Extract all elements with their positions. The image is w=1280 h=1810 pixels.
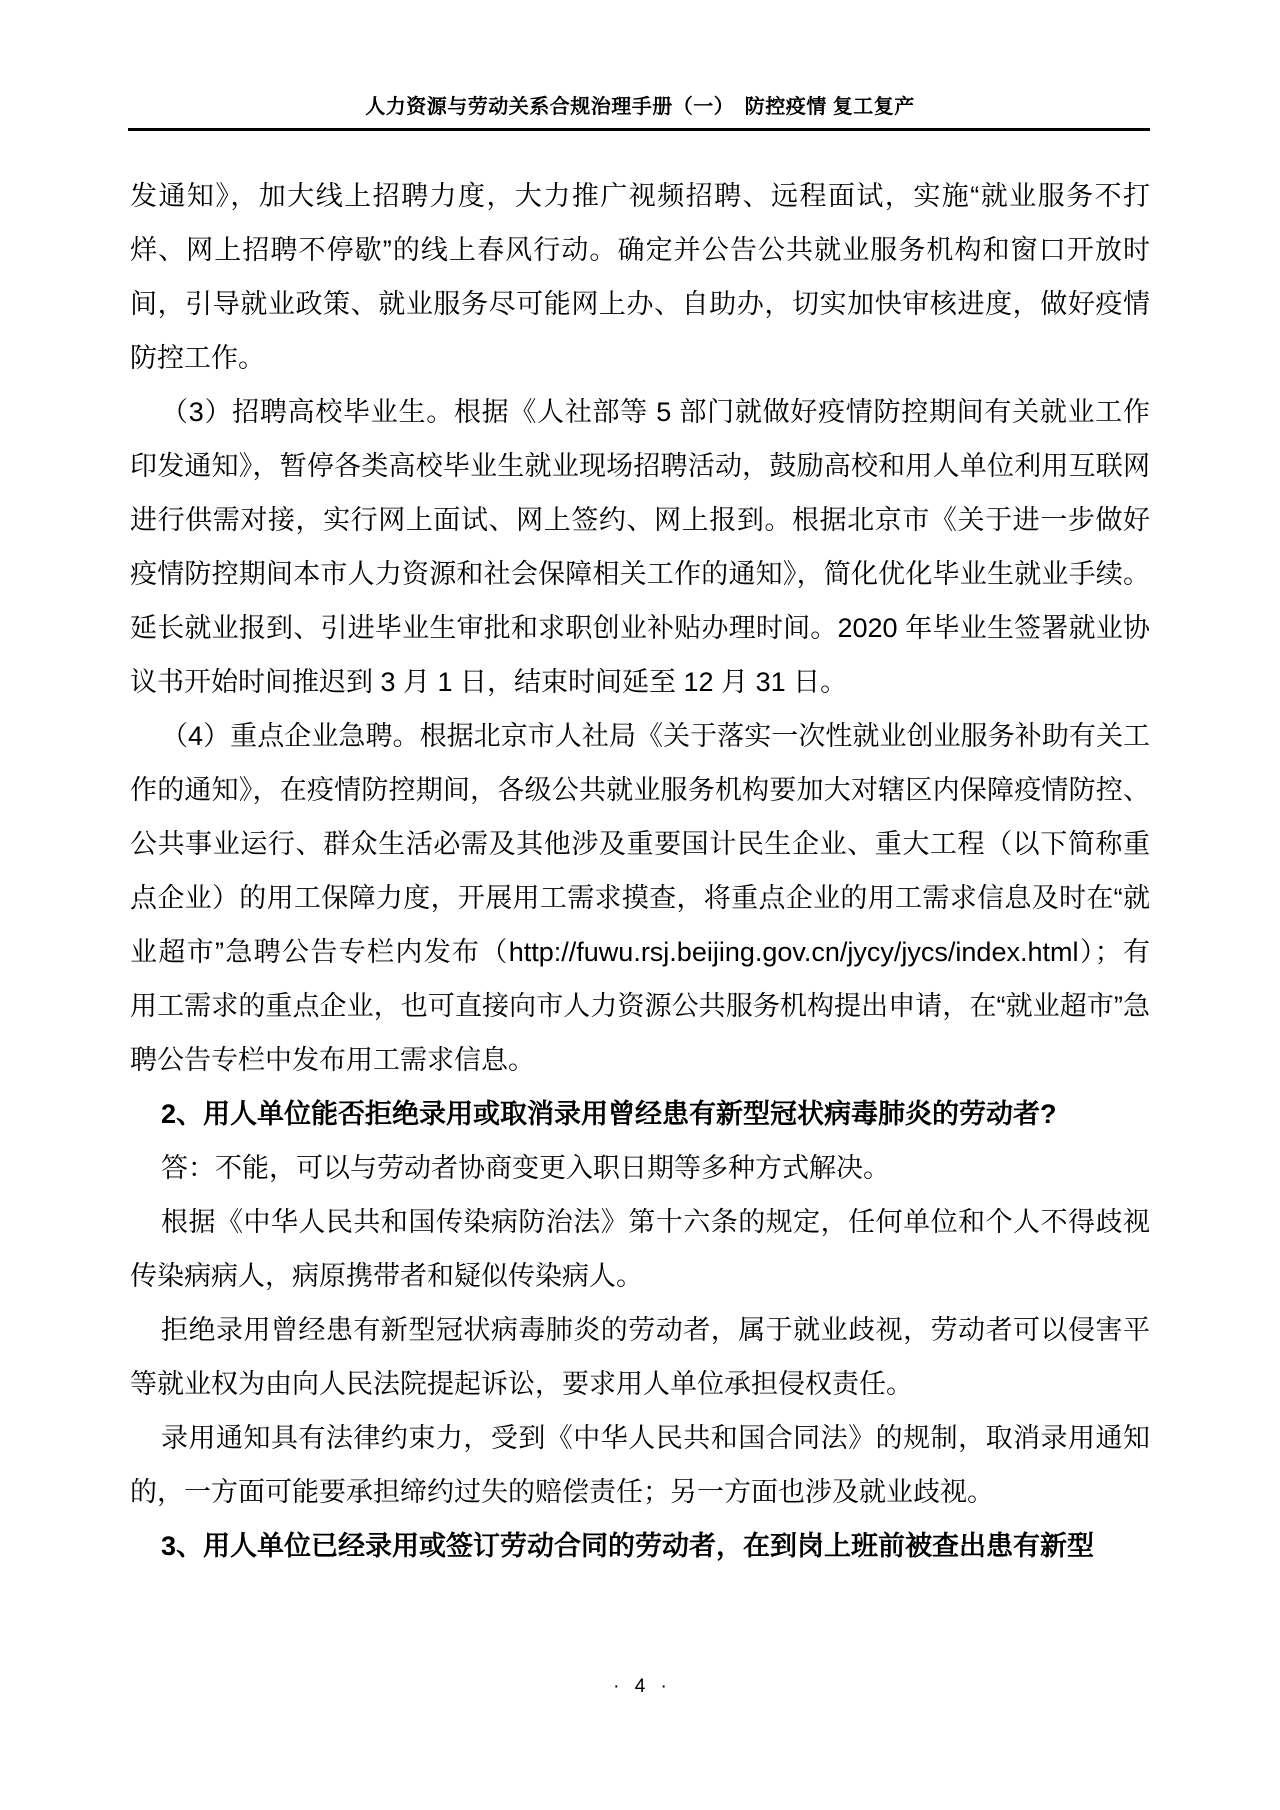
document-header: 人力资源与劳动关系合规治理手册（一） 防控疫情 复工复产 [0, 0, 1280, 131]
answer-2-legal-basis: 根据《中华人民共和国传染病防治法》第十六条的规定，任何单位和个人不得歧视传染病病… [130, 1195, 1150, 1303]
paragraph-item-3-graduate-recruitment: （3）招聘高校毕业生。根据《人社部等 5 部门就做好疫情防控期间有关就业工作印发… [130, 385, 1150, 709]
paragraph-continuation: 发通知》，加大线上招聘力度，大力推广视频招聘、远程面试，实施“就业服务不打烊、网… [130, 169, 1150, 385]
paragraph-item-4-text-before-url: （4）重点企业急聘。根据北京市人社局《关于落实一次性就业创业服务补助有关工作的通… [130, 721, 1150, 967]
question-2-heading: 2、用人单位能否拒绝录用或取消录用曾经患有新型冠状病毒肺炎的劳动者? [130, 1087, 1150, 1141]
document-body: 发通知》，加大线上招聘力度，大力推广视频招聘、远程面试，实施“就业服务不打烊、网… [130, 131, 1150, 1573]
header-running-title: 人力资源与劳动关系合规治理手册（一） 防控疫情 复工复产 [0, 94, 1280, 120]
page-footer: · 4 · [0, 1674, 1280, 1700]
question-3-heading: 3、用人单位已经录用或签订劳动合同的劳动者，在到岗上班前被查出患有新型 [130, 1519, 1150, 1573]
answer-2-discrimination-liability: 拒绝录用曾经患有新型冠状病毒肺炎的劳动者，属于就业歧视，劳动者可以侵害平等就业权… [130, 1303, 1150, 1411]
document-page: 人力资源与劳动关系合规治理手册（一） 防控疫情 复工复产 发通知》，加大线上招聘… [0, 0, 1280, 1810]
answer-2-offer-letter-effect: 录用通知具有法律约束力，受到《中华人民共和国合同法》的规制，取消录用通知的，一方… [130, 1411, 1150, 1519]
page-number: · 4 · [613, 1676, 667, 1697]
paragraph-item-4-key-enterprises: （4）重点企业急聘。根据北京市人社局《关于落实一次性就业创业服务补助有关工作的通… [130, 709, 1150, 1087]
employment-supermarket-url[interactable]: （http://fuwu.rsj.beijing.gov.cn/jycy/jyc… [480, 937, 1094, 967]
answer-2-summary: 答：不能，可以与劳动者协商变更入职日期等多种方式解决。 [130, 1141, 1150, 1195]
